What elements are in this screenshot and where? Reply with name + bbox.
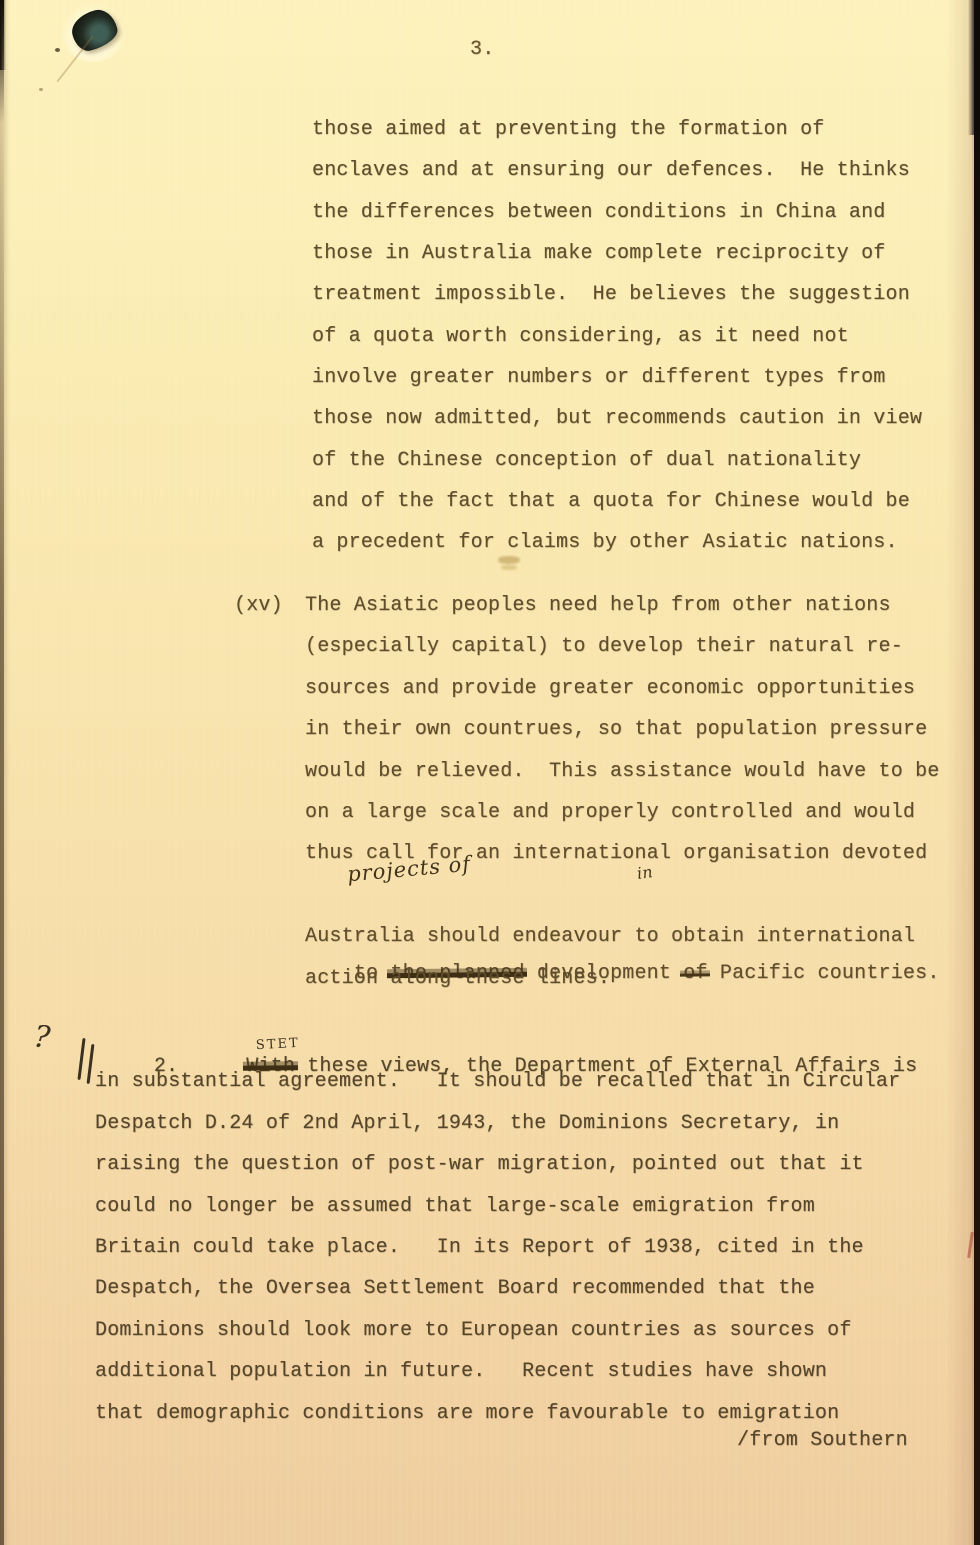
scan-edge-left-top	[0, 0, 6, 70]
scan-edge-left	[0, 0, 4, 1545]
typed-line: those in Australia make complete recipro…	[312, 241, 886, 267]
handwritten-insertion-in: in	[635, 859, 654, 887]
typed-line: treatment impossible. He believes the su…	[312, 282, 910, 308]
typed-line: raising the question of post-war migrati…	[95, 1152, 864, 1178]
typed-line: that demographic conditions are more fav…	[95, 1401, 839, 1427]
margin-stet-bar	[87, 1044, 95, 1084]
typed-line: Britain could take place. In its Report …	[95, 1235, 864, 1261]
typed-line: Despatch D.24 of 2nd April, 1943, the Do…	[95, 1111, 839, 1137]
margin-question-mark: ?	[32, 1019, 52, 1055]
scan-edge-right	[974, 0, 980, 1545]
struck-text-of: of	[683, 961, 707, 987]
corrected-line-post: Pacific countries.	[708, 962, 940, 985]
ink-speck	[55, 48, 60, 52]
paper-speck	[39, 88, 43, 91]
typed-line: action along these lines.	[305, 966, 610, 992]
typed-line: Dominions should look more to European c…	[95, 1318, 852, 1344]
typed-line: (especially capital) to develop their na…	[305, 634, 903, 660]
typed-line: Australia should endeavour to obtain int…	[305, 924, 915, 950]
catchword: /from Southern	[737, 1428, 908, 1454]
typed-line: in their own countrues, so that populati…	[305, 717, 927, 743]
typed-line: of a quota worth considering, as it need…	[312, 324, 849, 350]
typed-line: additional population in future. Recent …	[95, 1359, 827, 1385]
item-xv-label: (xv)	[234, 593, 283, 619]
typed-line: those aimed at preventing the formation …	[312, 117, 824, 143]
typed-line: could no longer be assumed that large-sc…	[95, 1194, 815, 1220]
typed-line: enclaves and at ensuring our defences. H…	[312, 158, 910, 184]
typed-line: in substantial agreement. It should be r…	[95, 1069, 900, 1095]
typed-line: those now admitted, but recommends cauti…	[312, 406, 922, 432]
typed-line: sources and provide greater economic opp…	[305, 676, 915, 702]
scan-edge-right-top	[968, 0, 980, 135]
page-number: 3.	[470, 37, 494, 63]
margin-stet-bar	[77, 1038, 85, 1080]
typed-line: the differences between conditions in Ch…	[312, 200, 886, 226]
typed-line: and of the fact that a quota for Chinese…	[312, 489, 910, 515]
typed-line: The Asiatic peoples need help from other…	[305, 593, 891, 619]
document-page: 3. those aimed at preventing the formati…	[0, 0, 980, 1545]
faint-smudge-lower	[501, 565, 517, 570]
typed-line: involve greater numbers or different typ…	[312, 365, 886, 391]
typed-line: a precedent for claims by other Asiatic …	[312, 530, 898, 556]
typed-line: of the Chinese conception of dual nation…	[312, 448, 861, 474]
typed-line: Despatch, the Oversea Settlement Board r…	[95, 1276, 815, 1302]
typed-line: would be relieved. This assistance would…	[305, 759, 940, 785]
faint-smudge	[498, 556, 520, 564]
typed-line: on a large scale and properly controlled…	[305, 800, 915, 826]
